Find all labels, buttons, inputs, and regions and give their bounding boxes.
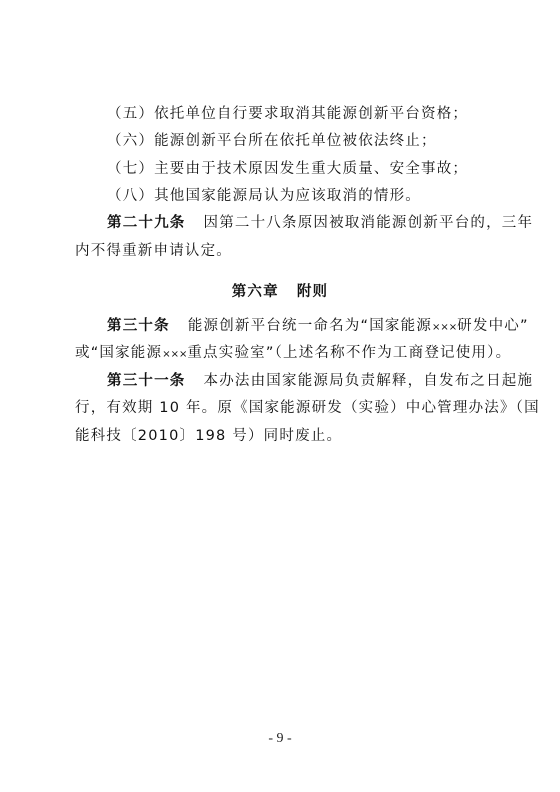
article-30-text: 能源创新平台统一命名为“国家能源 (188, 318, 432, 334)
placeholder-mark: ××× (432, 322, 457, 333)
item-number: （六） (107, 133, 154, 149)
article-30-line-1: 第三十条能源创新平台统一命名为“国家能源×××研发中心” (107, 316, 490, 338)
article-30-text: 或“国家能源 (75, 345, 162, 361)
item-number: （八） (107, 188, 154, 204)
article-31-title: 第三十一条 (107, 373, 186, 389)
article-31-text: 本办法由国家能源局负责解释，自发布之日起施 (204, 373, 534, 389)
item-text: 依托单位自行要求取消其能源创新平台资格； (154, 106, 468, 122)
item-number: （七） (107, 161, 154, 177)
article-30-line-2: 或“国家能源×××重点实验室”（上述名称不作为工商登记使用）。 (75, 343, 490, 365)
chapter-number: 第六章 (232, 284, 279, 300)
article-30-title: 第三十条 (107, 318, 170, 334)
article-29-line-1: 第二十九条因第二十八条原因被取消能源创新平台的，三年 (107, 213, 490, 233)
article-29-title: 第二十九条 (107, 215, 186, 231)
chapter-heading: 第六章附则 (0, 282, 560, 302)
item-text: 主要由于技术原因发生重大质量、安全事故； (154, 161, 468, 177)
placeholder-mark: ××× (162, 349, 187, 360)
article-31-line-3: 能科技〔2010〕198 号）同时废止。 (75, 426, 490, 446)
article-30-text-cont: 研发中心” (457, 318, 529, 334)
item-5: （五）依托单位自行要求取消其能源创新平台资格； (107, 104, 490, 124)
item-text: 其他国家能源局认为应该取消的情形。 (154, 188, 421, 204)
item-8: （八）其他国家能源局认为应该取消的情形。 (107, 186, 490, 206)
document-page: （五）依托单位自行要求取消其能源创新平台资格； （六）能源创新平台所在依托单位被… (0, 0, 560, 792)
article-29-line-2: 内不得重新申请认定。 (75, 241, 490, 261)
chapter-name: 附则 (297, 284, 328, 300)
item-text: 能源创新平台所在依托单位被依法终止； (154, 133, 437, 149)
article-31-line-2: 行，有效期 10 年。原《国家能源研发（实验）中心管理办法》（国 (75, 398, 490, 418)
page-number: - 9 - (0, 731, 560, 747)
article-31-line-1: 第三十一条本办法由国家能源局负责解释，自发布之日起施 (107, 371, 490, 391)
item-number: （五） (107, 106, 154, 122)
item-6: （六）能源创新平台所在依托单位被依法终止； (107, 131, 490, 151)
item-7: （七）主要由于技术原因发生重大质量、安全事故； (107, 159, 490, 179)
article-30-text-cont: 重点实验室”（上述名称不作为工商登记使用）。 (187, 345, 511, 361)
article-29-text: 因第二十八条原因被取消能源创新平台的，三年 (204, 215, 534, 231)
